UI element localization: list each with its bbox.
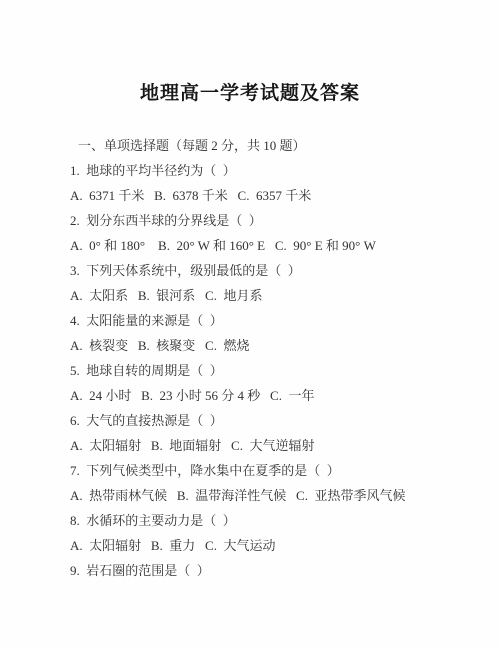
page-title: 地理高一学考试题及答案 [0, 0, 500, 107]
question-5-options: A. 24 小时 B. 23 小时 56 分 4 秒 C. 一年 [0, 383, 500, 408]
question-6: 6. 大气的直接热源是（ ） [0, 408, 500, 433]
question-3-options: A. 太阳系 B. 银河系 C. 地月系 [0, 283, 500, 308]
question-2: 2. 划分东西半球的分界线是（ ） [0, 208, 500, 233]
question-9: 9. 岩石圈的范围是（ ） [0, 558, 500, 583]
document-page: 地理高一学考试题及答案 一、单项选择题（每题 2 分，共 10 题） 1. 地球… [0, 0, 500, 647]
question-3: 3. 下列天体系统中，级别最低的是（ ） [0, 258, 500, 283]
question-8: 8. 水循环的主要动力是（ ） [0, 508, 500, 533]
question-7-options: A. 热带雨林气候 B. 温带海洋性气候 C. 亚热带季风气候 [0, 483, 500, 508]
question-5: 5. 地球自转的周期是（ ） [0, 358, 500, 383]
question-2-options: A. 0° 和 180° B. 20° W 和 160° E C. 90° E … [0, 233, 500, 258]
section-header: 一、单项选择题（每题 2 分，共 10 题） [0, 133, 500, 158]
question-6-options: A. 太阳辐射 B. 地面辐射 C. 大气逆辐射 [0, 433, 500, 458]
question-1: 1. 地球的平均半径约为（ ） [0, 158, 500, 183]
question-4: 4. 太阳能量的来源是（ ） [0, 308, 500, 333]
question-8-options: A. 太阳辐射 B. 重力 C. 大气运动 [0, 533, 500, 558]
question-7: 7. 下列气候类型中，降水集中在夏季的是（ ） [0, 458, 500, 483]
question-4-options: A. 核裂变 B. 核聚变 C. 燃烧 [0, 333, 500, 358]
question-1-options: A. 6371 千米 B. 6378 千米 C. 6357 千米 [0, 183, 500, 208]
